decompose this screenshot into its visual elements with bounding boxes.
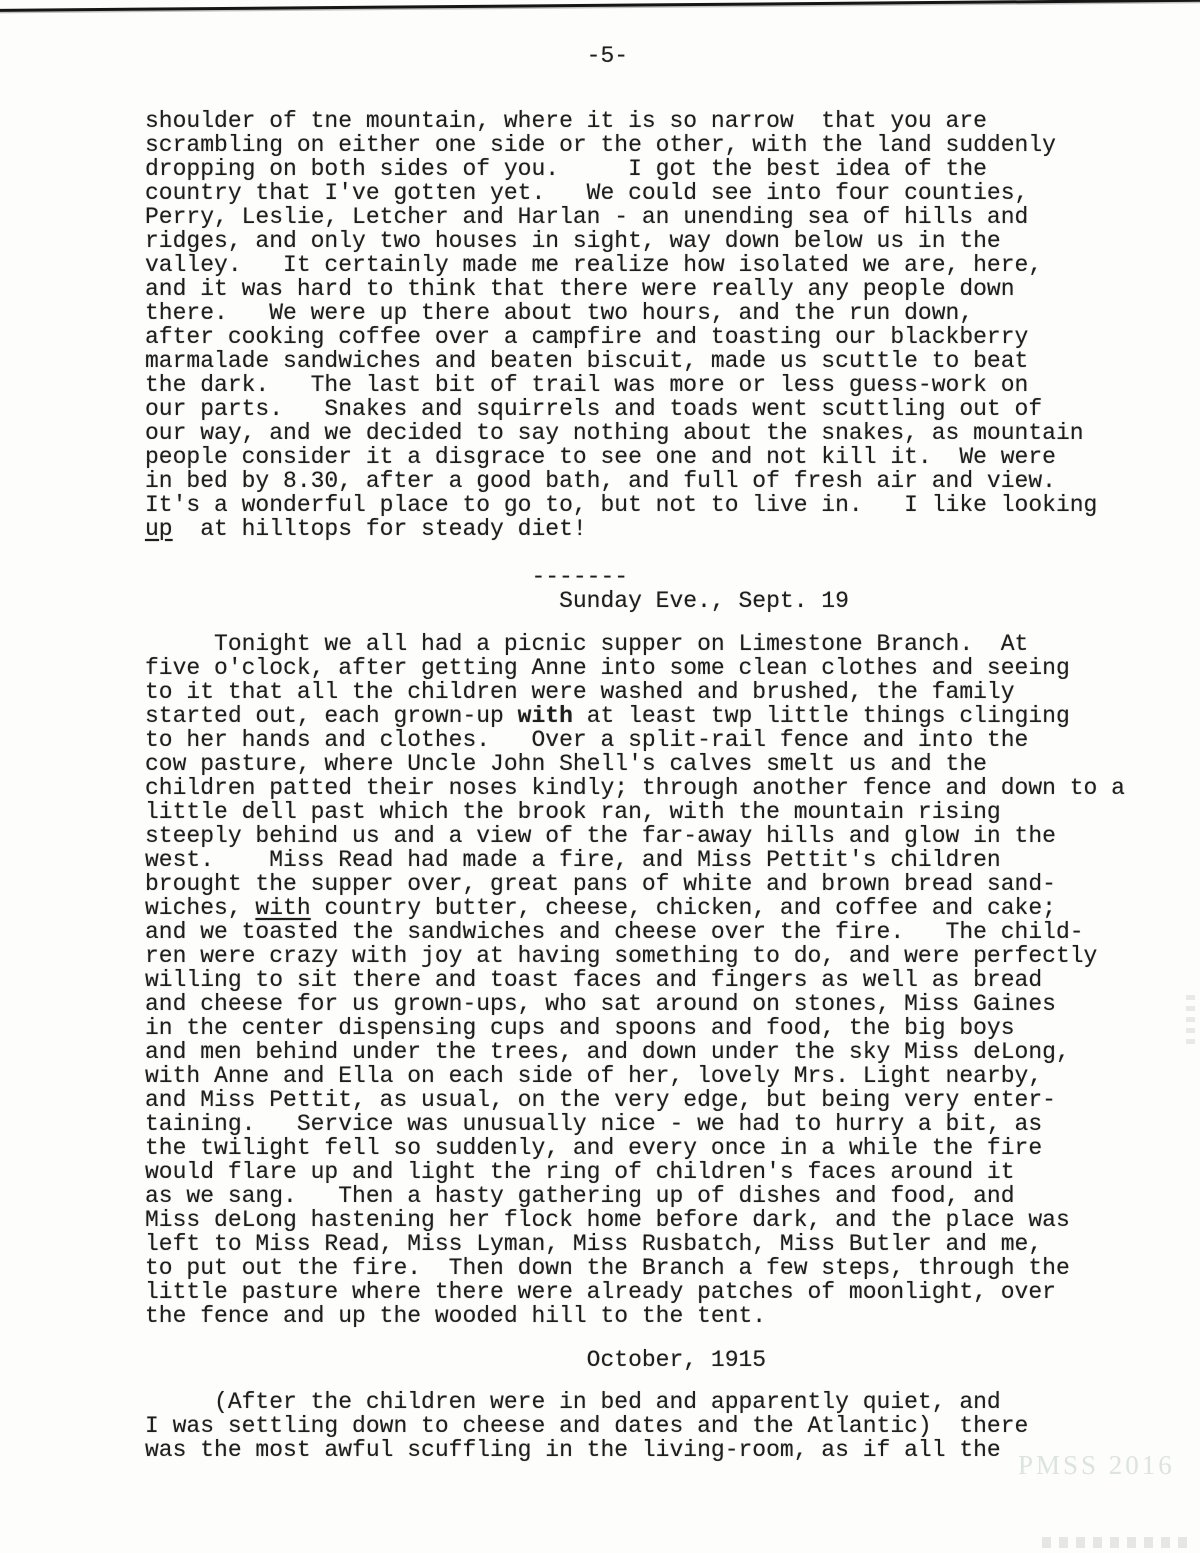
text-line: up at hilltops for steady diet! bbox=[145, 517, 1155, 541]
text-line: willing to sit there and toast faces and… bbox=[145, 968, 1155, 992]
text-line: little pasture where there were already … bbox=[145, 1280, 1155, 1304]
text-line: and men behind under the trees, and down… bbox=[145, 1040, 1155, 1064]
heading: Sunday Eve., Sept. 19 bbox=[145, 589, 1155, 613]
text-line: I was settling down to cheese and dates … bbox=[145, 1414, 1155, 1438]
scan-artifact-bottom-marks bbox=[1042, 1537, 1194, 1548]
text-line: the fence and up the wooded hill to the … bbox=[145, 1304, 1155, 1328]
underlined-text: up bbox=[145, 516, 173, 542]
text-line: Miss deLong hastening her flock home bef… bbox=[145, 1208, 1155, 1232]
text-line: and we toasted the sandwiches and cheese… bbox=[145, 920, 1155, 944]
text-line: to her hands and clothes. Over a split-r… bbox=[145, 728, 1155, 752]
text-line: country that I've gotten yet. We could s… bbox=[145, 181, 1155, 205]
text-line: in bed by 8.30, after a good bath, and f… bbox=[145, 469, 1155, 493]
text-line: shoulder of tne mountain, where it is so… bbox=[145, 109, 1155, 133]
text-line: ren were crazy with joy at having someth… bbox=[145, 944, 1155, 968]
heading: October, 1915 bbox=[145, 1348, 1155, 1372]
text-line: the twilight fell so suddenly, and every… bbox=[145, 1136, 1155, 1160]
text-line: people consider it a disgrace to see one… bbox=[145, 445, 1155, 469]
text-line: Perry, Leslie, Letcher and Harlan - an u… bbox=[145, 205, 1155, 229]
text-line: children patted their noses kindly; thro… bbox=[145, 776, 1155, 800]
text-line: It's a wonderful place to go to, but not… bbox=[145, 493, 1155, 517]
text-line: started out, each grown-up with at least… bbox=[145, 704, 1155, 728]
text-segment: wiches, bbox=[145, 895, 255, 921]
text-line: wiches, with country butter, cheese, chi… bbox=[145, 896, 1155, 920]
underlined-text: with bbox=[255, 895, 310, 921]
text-line: west. Miss Read had made a fire, and Mis… bbox=[145, 848, 1155, 872]
text-segment: at least twp little things clinging bbox=[573, 703, 1070, 729]
text-segment: at hilltops for steady diet! bbox=[173, 516, 587, 542]
text-line: to put out the fire. Then down the Branc… bbox=[145, 1256, 1155, 1280]
text-line: after cooking coffee over a campfire and… bbox=[145, 325, 1155, 349]
text-line: our parts. Snakes and squirrels and toad… bbox=[145, 397, 1155, 421]
text-line: ridges, and only two houses in sight, wa… bbox=[145, 229, 1155, 253]
paragraph: (After the children were in bed and appa… bbox=[145, 1390, 1155, 1462]
text-line: Tonight we all had a picnic supper on Li… bbox=[145, 632, 1155, 656]
text-line: taining. Service was unusually nice - we… bbox=[145, 1112, 1155, 1136]
watermark: PMSS 2016 bbox=[1018, 1450, 1175, 1481]
paragraph: Tonight we all had a picnic supper on Li… bbox=[145, 632, 1155, 1328]
text-line: and Miss Pettit, as usual, on the very e… bbox=[145, 1088, 1155, 1112]
text-line: to it that all the children were washed … bbox=[145, 680, 1155, 704]
text-line: marmalade sandwiches and beaten biscuit,… bbox=[145, 349, 1155, 373]
text-line: steeply behind us and a view of the far-… bbox=[145, 824, 1155, 848]
paragraph: shoulder of tne mountain, where it is so… bbox=[145, 109, 1155, 541]
text-line: scrambling on either one side or the oth… bbox=[145, 133, 1155, 157]
text-line: would flare up and light the ring of chi… bbox=[145, 1160, 1155, 1184]
text-line: as we sang. Then a hasty gathering up of… bbox=[145, 1184, 1155, 1208]
text-line: and it was hard to think that there were… bbox=[145, 277, 1155, 301]
text-line: ------- bbox=[145, 565, 1155, 589]
text-line: -5- bbox=[145, 44, 1155, 68]
text-line: there. We were up there about two hours,… bbox=[145, 301, 1155, 325]
text-line: little dell past which the brook ran, wi… bbox=[145, 800, 1155, 824]
bold-text: with bbox=[518, 703, 573, 729]
text-line: brought the supper over, great pans of w… bbox=[145, 872, 1155, 896]
text-line: and cheese for us grown-ups, who sat aro… bbox=[145, 992, 1155, 1016]
text-line: with Anne and Ella on each side of her, … bbox=[145, 1064, 1155, 1088]
text-line: dropping on both sides of you. I got the… bbox=[145, 157, 1155, 181]
text-line: valley. It certainly made me realize how… bbox=[145, 253, 1155, 277]
scan-artifact-right-marks bbox=[1186, 995, 1195, 1047]
text-line: in the center dispensing cups and spoons… bbox=[145, 1016, 1155, 1040]
document-body: -5-shoulder of tne mountain, where it is… bbox=[145, 44, 1155, 1462]
text-line: Sunday Eve., Sept. 19 bbox=[145, 589, 1155, 613]
document-page: -5-shoulder of tne mountain, where it is… bbox=[0, 0, 1200, 1553]
text-line: five o'clock, after getting Anne into so… bbox=[145, 656, 1155, 680]
scan-artifact-top-line bbox=[0, 0, 1200, 12]
text-line: was the most awful scuffling in the livi… bbox=[145, 1438, 1155, 1462]
text-line: (After the children were in bed and appa… bbox=[145, 1390, 1155, 1414]
divider: ------- bbox=[145, 565, 1155, 589]
text-line: left to Miss Read, Miss Lyman, Miss Rusb… bbox=[145, 1232, 1155, 1256]
text-line: October, 1915 bbox=[145, 1348, 1155, 1372]
text-line: the dark. The last bit of trail was more… bbox=[145, 373, 1155, 397]
text-line: our way, and we decided to say nothing a… bbox=[145, 421, 1155, 445]
text-segment: started out, each grown-up bbox=[145, 703, 518, 729]
text-line: cow pasture, where Uncle John Shell's ca… bbox=[145, 752, 1155, 776]
text-segment: country butter, cheese, chicken, and cof… bbox=[311, 895, 1056, 921]
page-number: -5- bbox=[145, 44, 1155, 68]
